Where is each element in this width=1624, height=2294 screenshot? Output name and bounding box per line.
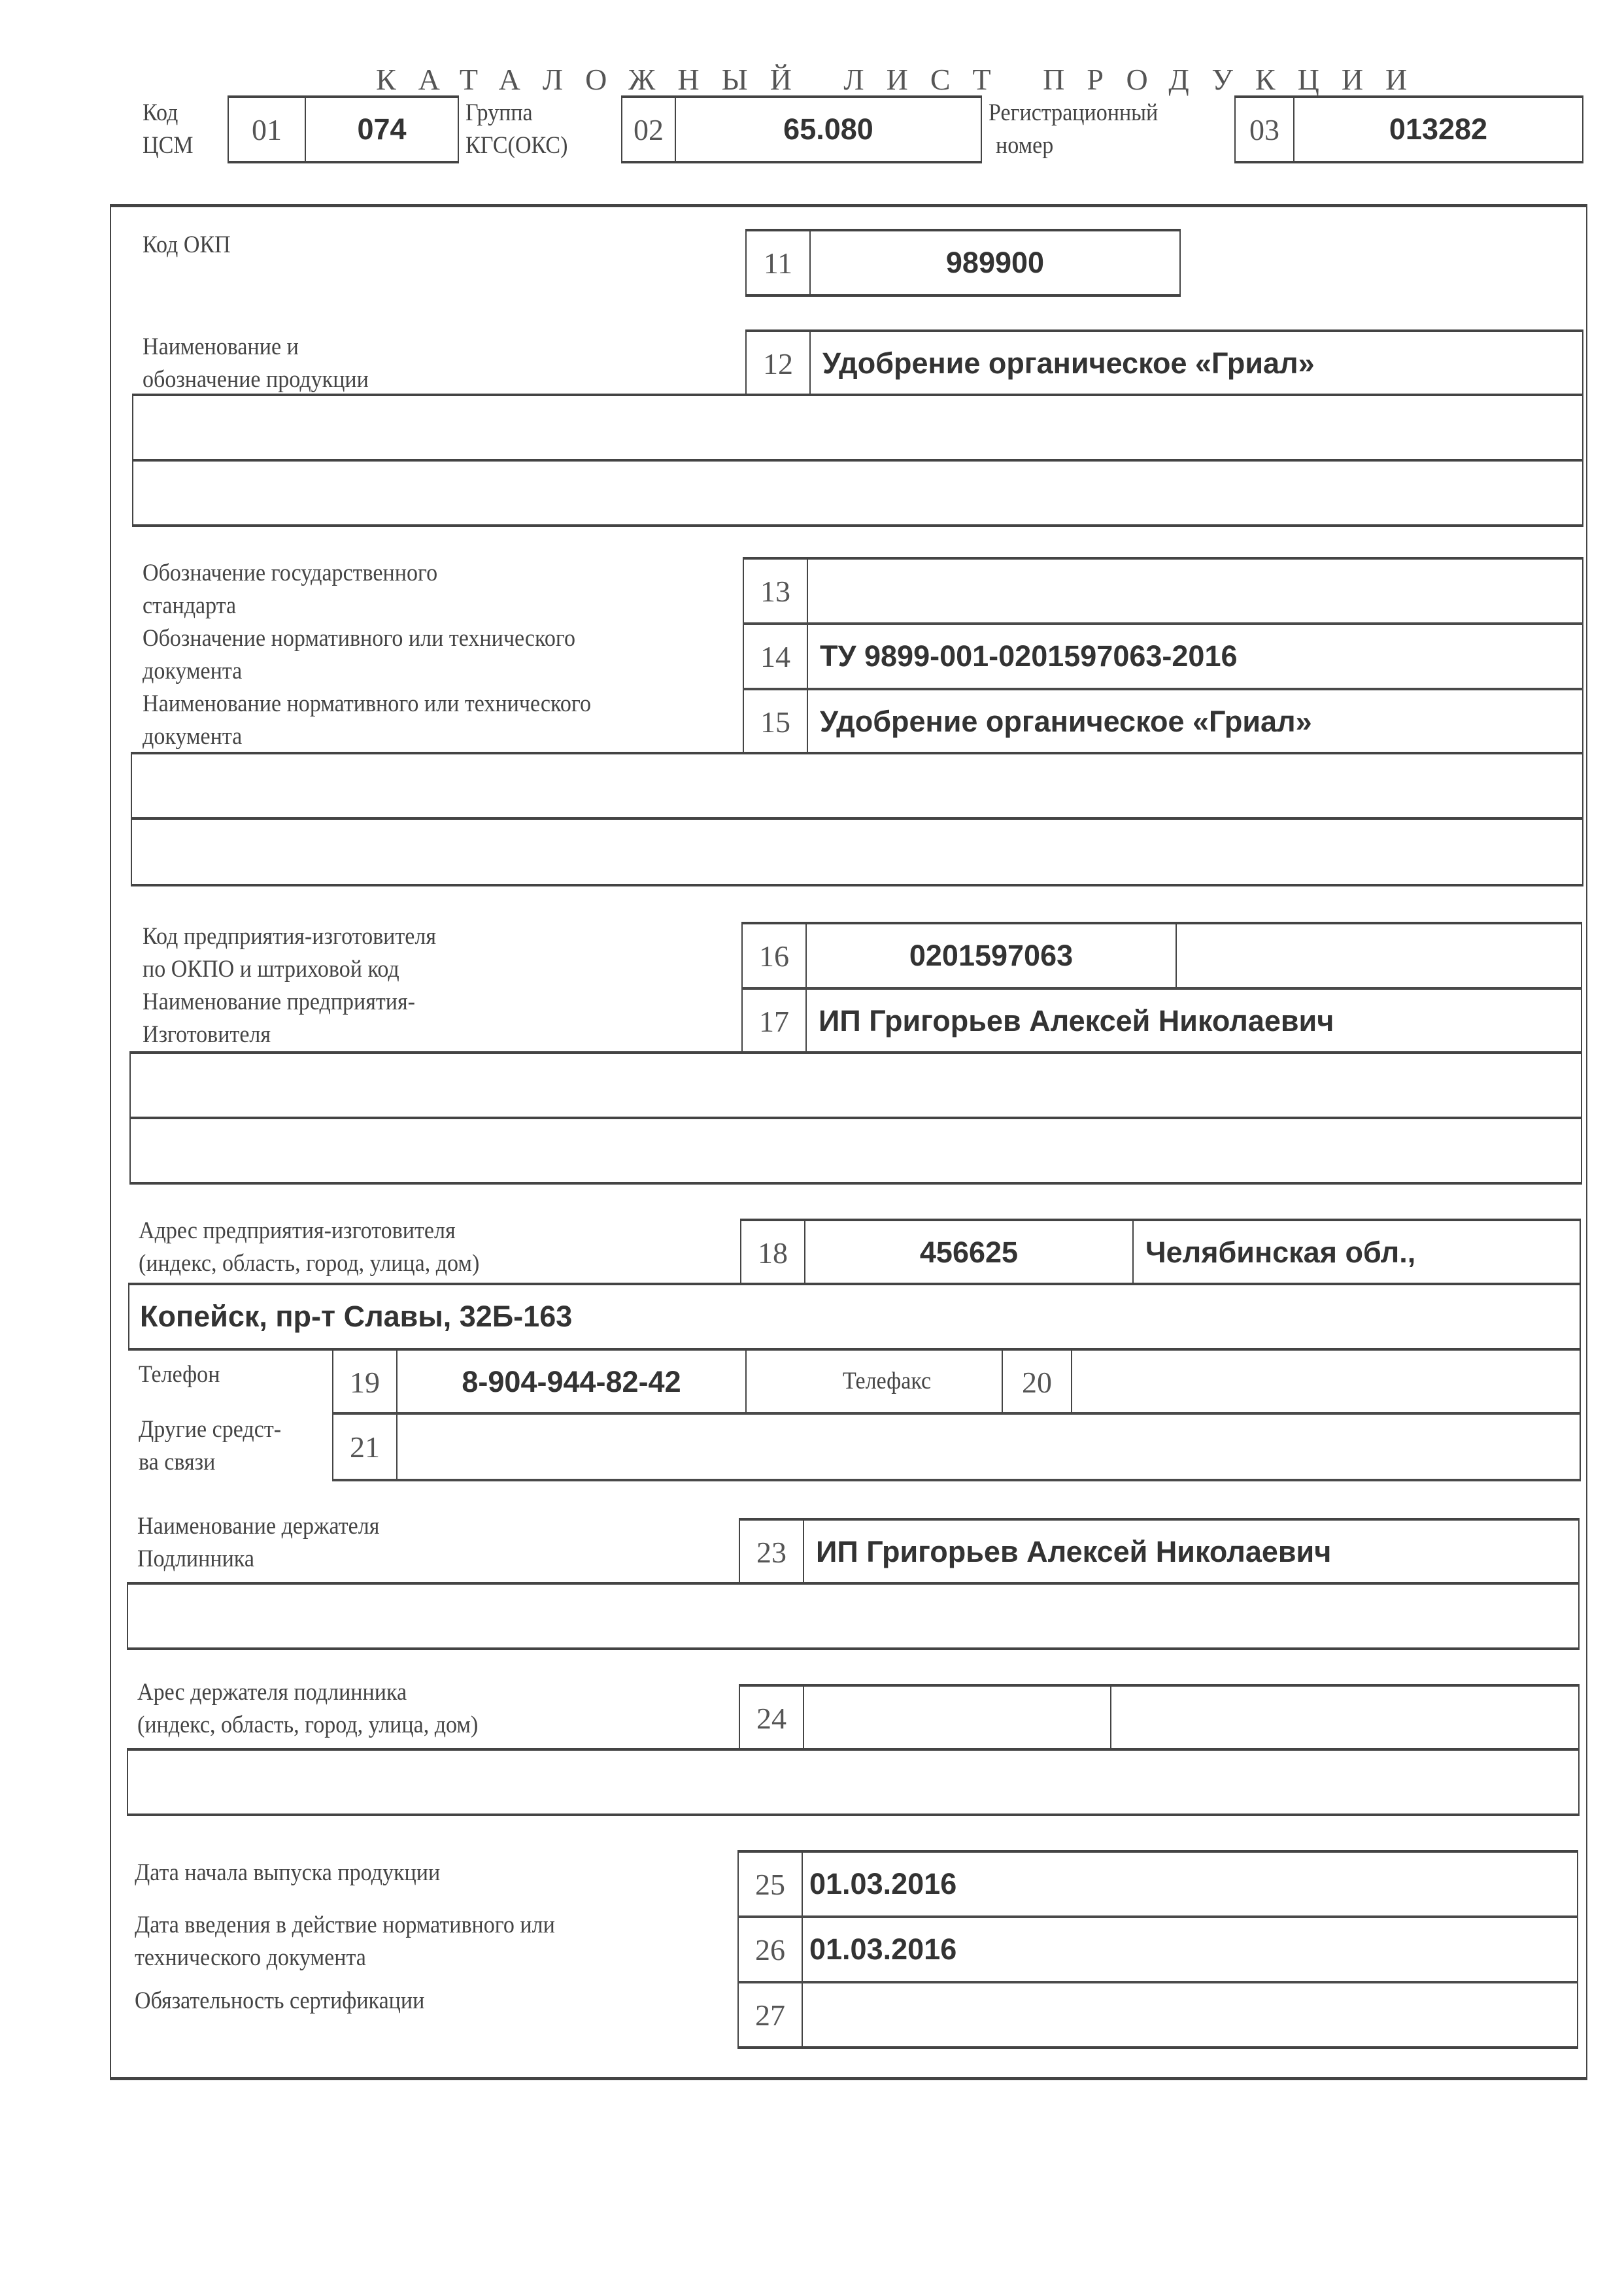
field-18-continuation[interactable]: Копейск, пр-т Славы, 32Б-163: [128, 1283, 1581, 1351]
label-line: документа: [143, 655, 591, 688]
label-line: Регистрационный: [989, 97, 1158, 129]
field-25-code: 25: [739, 1853, 802, 1915]
label-manufacturer-code: Код предприятия-изготовителя по ОКПО и ш…: [143, 920, 436, 1051]
field-03-code: 03: [1236, 98, 1293, 161]
divider: [745, 1351, 747, 1413]
field-24-index[interactable]: [803, 1687, 1110, 1749]
label-line: ва связи: [139, 1446, 281, 1479]
label-line: Другие средст-: [139, 1413, 281, 1446]
field-24-region[interactable]: [1110, 1687, 1578, 1749]
label-okp-code: Код ОКП: [143, 229, 231, 261]
field-13-code: 13: [744, 560, 807, 622]
label-original-holder: Наименование держателя Подлинника: [137, 1510, 379, 1576]
label-manufacturer-address: Адрес предприятия-изготовителя (индекс, …: [139, 1215, 479, 1280]
field-02-value[interactable]: 65.080: [675, 98, 981, 161]
field-23-continuation[interactable]: [127, 1582, 1580, 1650]
field-18-index[interactable]: 456625: [804, 1221, 1132, 1284]
field-02-code: 02: [622, 98, 675, 161]
label-kgs-group: Группа КГС(ОКС): [465, 97, 567, 162]
label-line: ЦСМ: [143, 129, 194, 162]
field-12-continuation-2[interactable]: [132, 459, 1583, 527]
label-line: технического документа: [135, 1942, 555, 1974]
field-01-code: 01: [229, 98, 305, 161]
field-18-region[interactable]: Челябинская обл.,: [1132, 1221, 1580, 1284]
field-17-continuation-2[interactable]: [129, 1117, 1582, 1185]
field-12-code: 12: [747, 332, 809, 395]
label-state-standard: Обозначение государственного стандарта О…: [143, 557, 591, 753]
field-24-continuation[interactable]: [127, 1748, 1580, 1816]
field-16-value[interactable]: 0201597063: [805, 924, 1176, 987]
label-line: Изготовителя: [143, 1019, 436, 1051]
label-line: Адрес предприятия-изготовителя: [139, 1215, 479, 1247]
label-registration-number: Регистрационный номер: [989, 97, 1158, 162]
label-line: номер: [989, 129, 1158, 162]
field-01-value[interactable]: 074: [305, 98, 458, 161]
field-24-code: 24: [740, 1687, 803, 1749]
field-15-continuation-1[interactable]: [131, 752, 1583, 817]
label-line: по ОКПО и штриховой код: [143, 953, 436, 986]
field-23-value[interactable]: ИП Григорьев Алексей Николаевич: [803, 1521, 1578, 1583]
label-line: Наименование нормативного или техническо…: [143, 688, 591, 720]
field-03-value[interactable]: 013282: [1293, 98, 1582, 161]
field-15-code: 15: [744, 690, 807, 753]
field-17-code: 17: [743, 990, 805, 1053]
field-16-code: 16: [743, 924, 805, 987]
field-20-code: 20: [1002, 1351, 1071, 1413]
label-certification-required: Обязательность сертификации: [135, 1985, 424, 2017]
label-line: Арес держателя подлинника: [137, 1676, 478, 1709]
field-27-code: 27: [739, 1983, 802, 2046]
label-line: Код предприятия-изготовителя: [143, 920, 436, 953]
label-product-name: Наименование и обозначение продукции: [143, 331, 369, 396]
label-line: обозначение продукции: [143, 363, 369, 396]
field-12-continuation-1[interactable]: [132, 394, 1583, 459]
label-line: Наименование предприятия-: [143, 986, 436, 1019]
label-line: Наименование и: [143, 331, 369, 363]
field-21-code: 21: [333, 1415, 396, 1479]
field-14-code: 14: [744, 625, 807, 688]
label-line: КГС(ОКС): [465, 129, 567, 162]
field-13-value[interactable]: [807, 560, 1582, 622]
label-doc-effective-date: Дата введения в действие нормативного ил…: [135, 1909, 555, 1974]
label-line: Наименование держателя: [137, 1510, 379, 1543]
label-holder-address: Арес держателя подлинника (индекс, облас…: [137, 1676, 478, 1742]
field-18-code: 18: [741, 1221, 804, 1284]
field-12-value[interactable]: Удобрение органическое «Гриал»: [809, 332, 1582, 395]
field-23-code: 23: [740, 1521, 803, 1583]
label-other-contacts: Другие средст- ва связи: [139, 1413, 281, 1479]
label-production-start-date: Дата начала выпуска продукции: [135, 1857, 440, 1889]
label-line: стандарта: [143, 590, 591, 622]
field-17-value[interactable]: ИП Григорьев Алексей Николаевич: [805, 990, 1581, 1053]
label-line: Группа: [465, 97, 567, 129]
label-fax: Телефакс: [745, 1365, 981, 1413]
field-14-value[interactable]: ТУ 9899-001-0201597063-2016: [807, 625, 1582, 688]
field-17-continuation-1[interactable]: [129, 1051, 1582, 1117]
label-line: Код: [143, 97, 194, 129]
label-phone: Телефон: [139, 1358, 220, 1391]
field-21-value[interactable]: [396, 1415, 1580, 1479]
field-26-code: 26: [739, 1918, 802, 1981]
field-20-value[interactable]: [1071, 1351, 1580, 1413]
field-11-value[interactable]: 989900: [809, 231, 1179, 294]
label-line: (индекс, область, город, улица, дом): [139, 1247, 479, 1280]
field-15-value[interactable]: Удобрение органическое «Гриал»: [807, 690, 1582, 753]
label-csm-code: Код ЦСМ: [143, 97, 194, 162]
field-19-code: 19: [333, 1351, 396, 1413]
document-title: КАТАЛОЖНЫЙ ЛИСТ ПРОДУКЦИИ: [376, 62, 1429, 97]
label-line: документа: [143, 720, 591, 753]
label-line: Обозначение государственного: [143, 557, 591, 590]
field-26-value[interactable]: 01.03.2016: [802, 1918, 1577, 1981]
field-19-value[interactable]: 8-904-944-82-42: [396, 1351, 745, 1413]
field-27-value[interactable]: [802, 1983, 1577, 2046]
divider: [332, 1479, 1581, 1481]
field-15-continuation-2[interactable]: [131, 817, 1583, 886]
field-11-code: 11: [747, 231, 809, 294]
label-line: (индекс, область, город, улица, дом): [137, 1709, 478, 1742]
label-line: Подлинника: [137, 1543, 379, 1576]
label-line: Обозначение нормативного или техническог…: [143, 622, 591, 655]
label-line: Дата введения в действие нормативного ил…: [135, 1909, 555, 1942]
field-25-value[interactable]: 01.03.2016: [802, 1853, 1577, 1915]
field-16-barcode[interactable]: [1176, 924, 1581, 987]
